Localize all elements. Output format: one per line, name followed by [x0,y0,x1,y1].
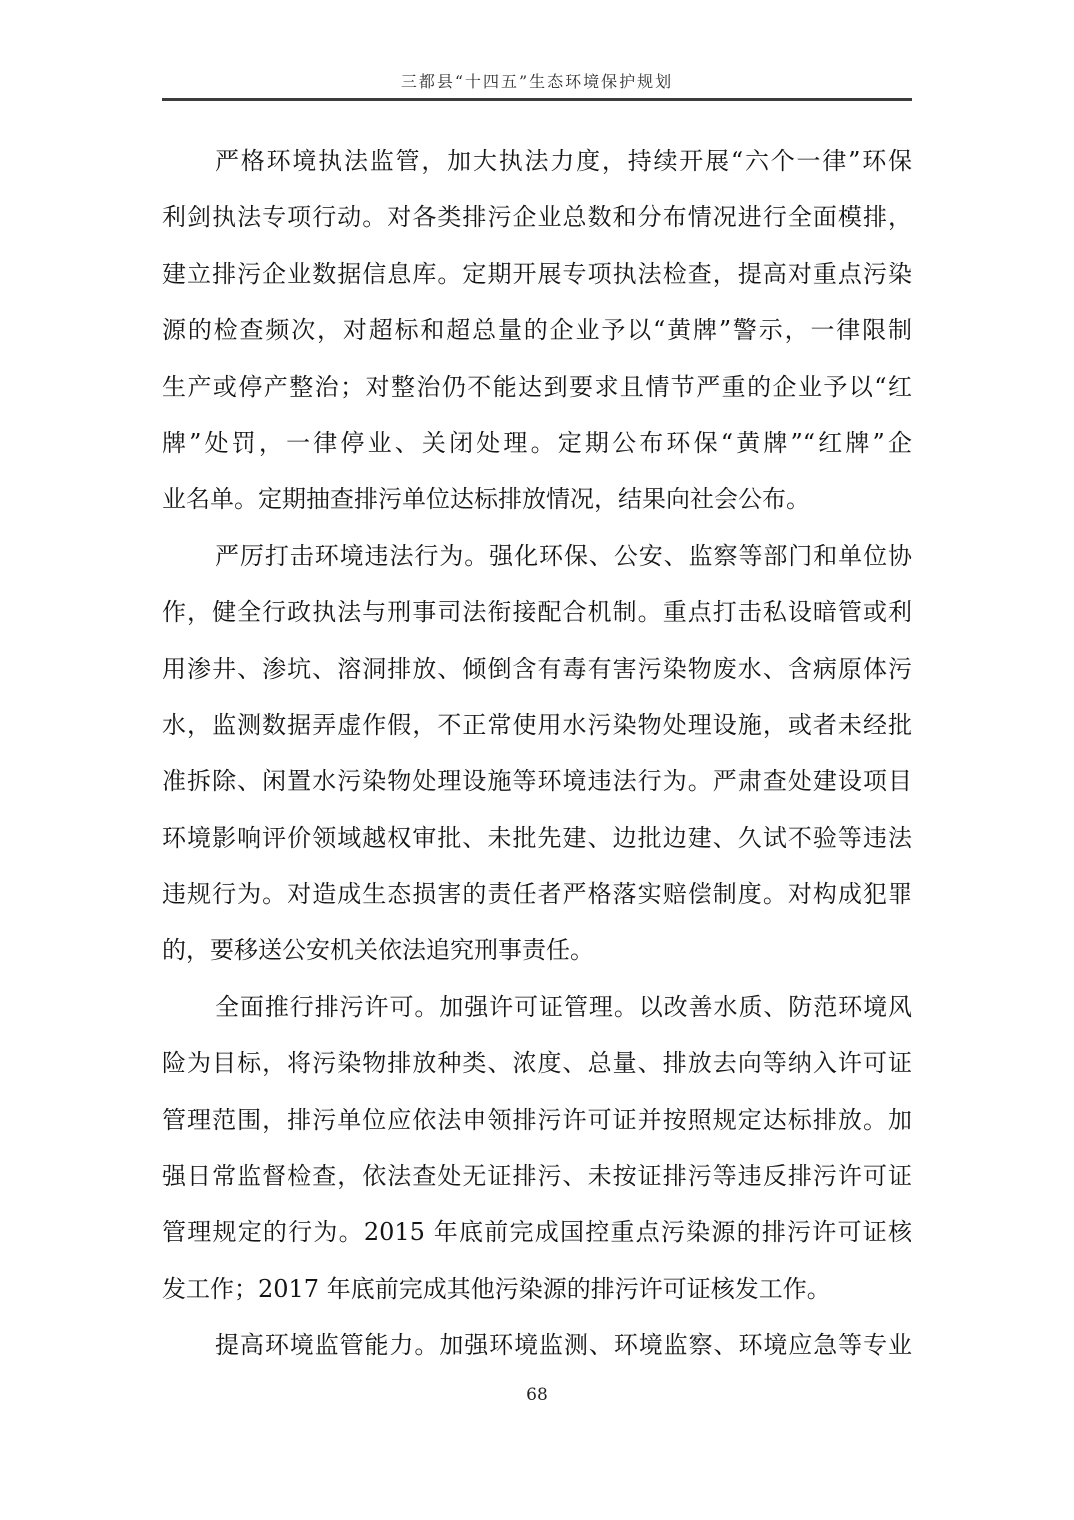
text-line: 用渗井、渗坑、溶洞排放、倾倒含有毒有害污染物废水、含病原体污 [162,641,912,697]
text-line: 准拆除、闲置水污染物处理设施等环境违法行为。严肃查处建设项目 [162,753,912,809]
text-line: 建立排污企业数据信息库。定期开展专项执法检查，提高对重点污染 [162,246,912,302]
page-number: 68 [526,1385,548,1405]
text-line: 管理规定的行为。2015 年底前完成国控重点污染源的排污许可证核 [162,1204,912,1260]
text-line: 作，健全行政执法与刑事司法衔接配合机制。重点打击私设暗管或利 [162,584,912,640]
text-line: 的，要移送公安机关依法追究刑事责任。 [162,922,912,978]
text-line: 发工作；2017 年底前完成其他污染源的排污许可证核发工作。 [162,1261,912,1317]
text-line: 牌”处罚，一律停业、关闭处理。定期公布环保“黄牌”“红牌”企 [162,415,912,471]
text-line: 生产或停产整治；对整治仍不能达到要求且情节严重的企业予以“红 [162,359,912,415]
text-line: 环境影响评价领域越权审批、未批先建、边批边建、久试不验等违法 [162,810,912,866]
text-line: 严格环境执法监管，加大执法力度，持续开展“六个一律”环保 [162,133,912,189]
text-line: 严厉打击环境违法行为。强化环保、公安、监察等部门和单位协 [162,528,912,584]
text-line: 险为目标，将污染物排放种类、浓度、总量、排放去向等纳入许可证 [162,1035,912,1091]
header-rule [162,98,912,101]
page-footer: 68 [0,1385,1074,1405]
text-line: 管理范围，排污单位应依法申领排污许可证并按照规定达标排放。加 [162,1092,912,1148]
text-line: 全面推行排污许可。加强许可证管理。以改善水质、防范环境风 [162,979,912,1035]
document-body: 严格环境执法监管，加大执法力度，持续开展“六个一律”环保利剑执法专项行动。对各类… [162,133,912,1374]
text-line: 水，监测数据弄虚作假，不正常使用水污染物处理设施，或者未经批 [162,697,912,753]
text-line: 强日常监督检查，依法查处无证排污、未按证排污等违反排污许可证 [162,1148,912,1204]
document-page: 三都县“十四五”生态环境保护规划 严格环境执法监管，加大执法力度，持续开展“六个… [0,0,1074,1520]
text-line: 利剑执法专项行动。对各类排污企业总数和分布情况进行全面模排， [162,189,912,245]
text-line: 源的检查频次，对超标和超总量的企业予以“黄牌”警示，一律限制 [162,302,912,358]
text-line: 提高环境监管能力。加强环境监测、环境监察、环境应急等专业 [162,1317,912,1373]
text-line: 业名单。定期抽查排污单位达标排放情况，结果向社会公布。 [162,471,912,527]
page-header-title: 三都县“十四五”生态环境保护规划 [0,69,1074,92]
text-line: 违规行为。对造成生态损害的责任者严格落实赔偿制度。对构成犯罪 [162,866,912,922]
